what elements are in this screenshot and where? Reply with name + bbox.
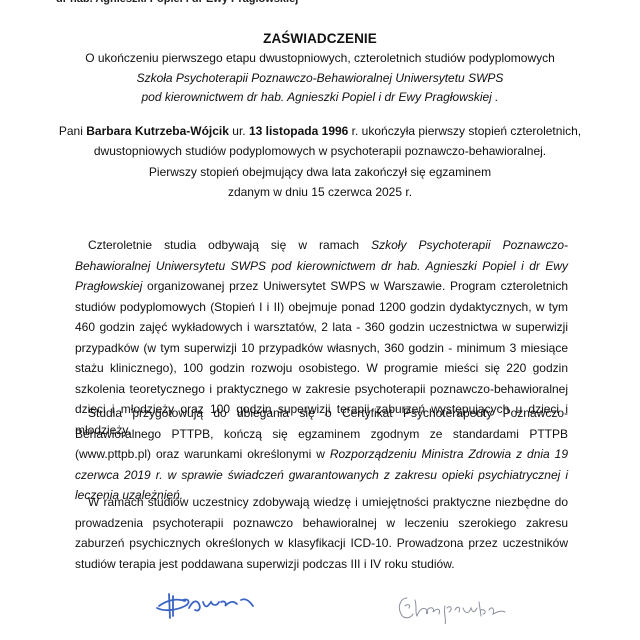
cut-off-header-text: dr hab. Agnieszki Popiel i dr Ewy Pragło… — [56, 0, 298, 5]
signature-popiel — [155, 590, 265, 625]
subtitle-block: O ukończeniu pierwszego etapu dwustopnio… — [0, 49, 640, 108]
skills-paragraph: W ramach studiów uczestnicy zdobywają wi… — [75, 492, 568, 574]
intro-line-2: dwustopniowych studiów podyplomowych w p… — [0, 141, 640, 161]
signature-praglowska — [395, 592, 515, 629]
p3-text: W ramach studiów uczestnicy zdobywają wi… — [75, 495, 568, 571]
p1-text-a: Czteroletnie studia odbywają się w ramac… — [88, 238, 371, 252]
intro-ur: ur. — [229, 124, 249, 138]
document-title: ZAŚWIADCZENIE — [0, 31, 640, 46]
intro-line-3: Pierwszy stopień obejmujący dwa lata zak… — [0, 162, 640, 182]
signature-praglowska-icon — [395, 592, 515, 624]
intro-line-1: Pani Barbara Kutrzeba-Wójcik ur. 13 list… — [0, 121, 640, 141]
exam-date-line: zdanym w dniu 15 czerwca 2025 r. — [0, 182, 640, 202]
intro-pani: Pani — [59, 124, 86, 138]
recipient-name: Barbara Kutrzeba-Wójcik — [86, 124, 229, 138]
subtitle-line-1: O ukończeniu pierwszego etapu dwustopnio… — [0, 49, 640, 69]
subtitle-school-name: Szkoła Psychoterapii Poznawczo-Behawiora… — [0, 69, 640, 89]
intro-completion-text: r. ukończyła pierwszy stopień czteroletn… — [348, 124, 581, 138]
certificate-intro: Pani Barbara Kutrzeba-Wójcik ur. 13 list… — [0, 121, 640, 202]
birth-date: 13 listopada 1996 — [249, 124, 348, 138]
signature-popiel-icon — [155, 590, 265, 620]
certification-paragraph: Studia przygotowują do ubiegania się o C… — [75, 403, 568, 506]
subtitle-directors: pod kierownictwem dr hab. Agnieszki Popi… — [0, 88, 640, 108]
